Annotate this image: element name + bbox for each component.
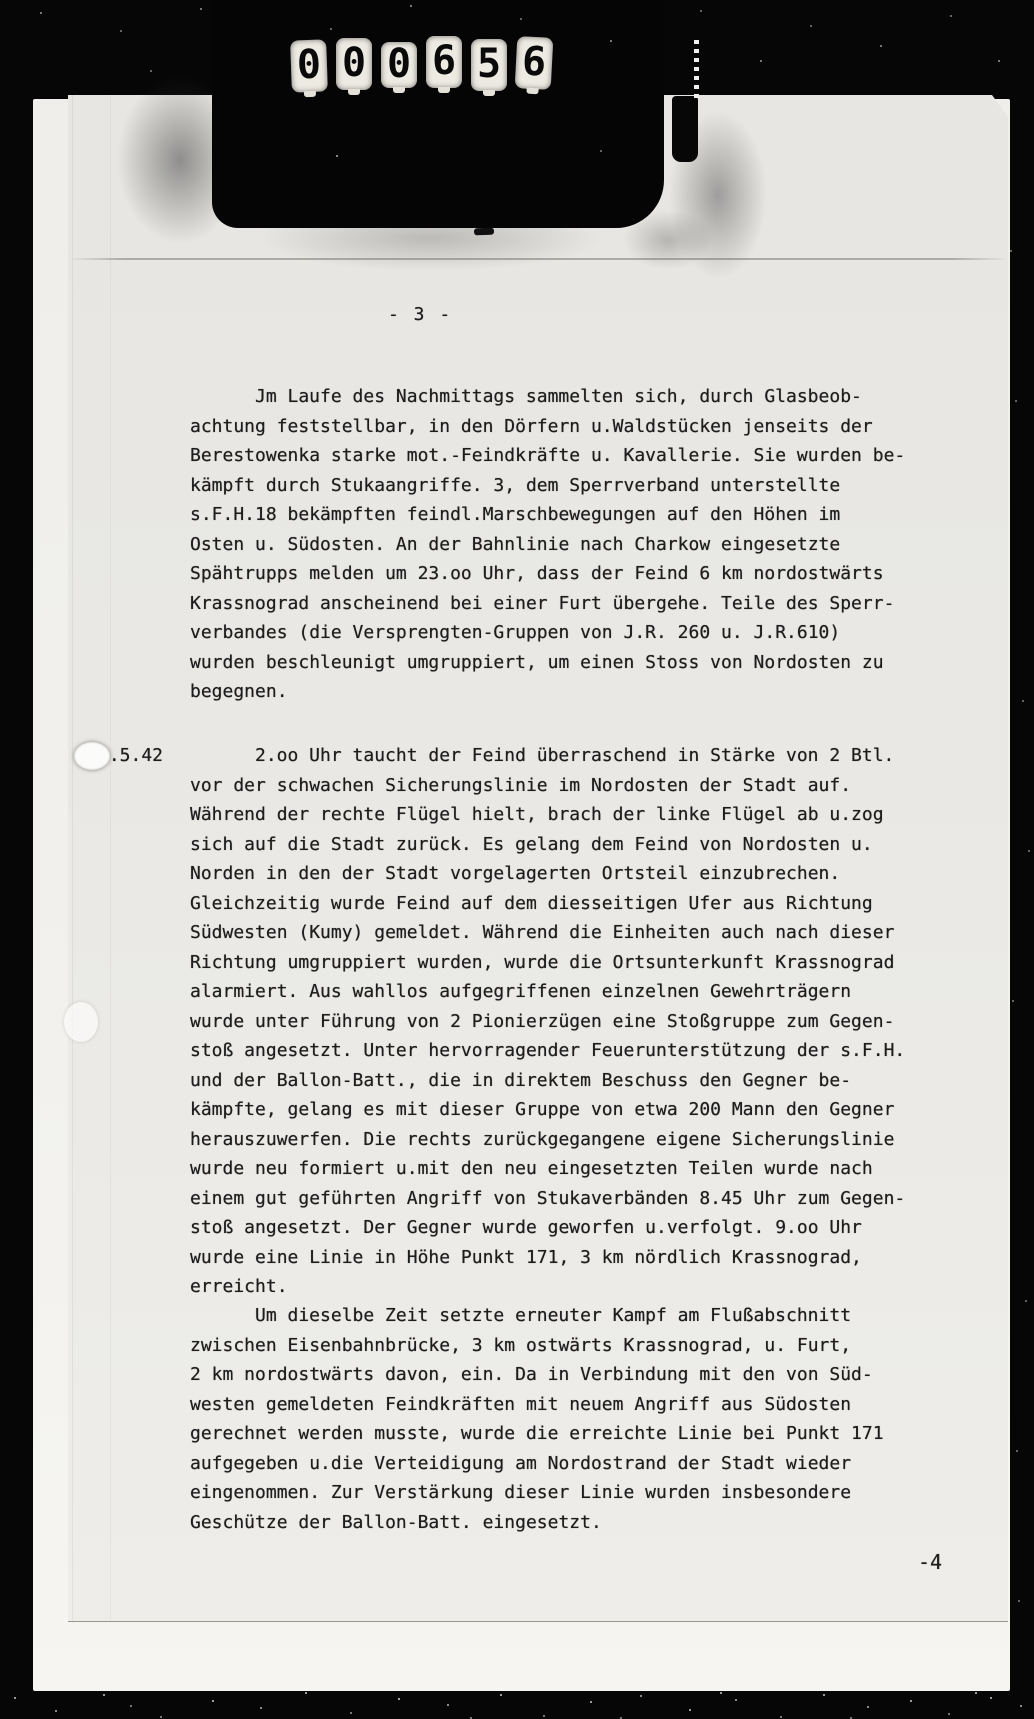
paragraph: 2.oo Uhr taucht der Feind überraschend i… — [190, 741, 950, 1302]
counter-digit: 0 — [336, 38, 372, 90]
counter-digit: 6 — [515, 36, 554, 90]
ink-dash — [474, 228, 494, 236]
film-noise — [0, 0, 2, 2]
sheet-edge-line — [110, 95, 111, 1621]
frame-counter: 0 0 0 6 5 6 — [291, 36, 552, 88]
scanned-document-page: 0 0 0 6 5 6 - 3 - 6.5.42 Jm Laufe des Na… — [0, 0, 1034, 1719]
crease-line — [68, 258, 1008, 260]
ink-blot-bar — [672, 96, 698, 162]
sheet-edge-line — [72, 95, 73, 1621]
counter-digit: 5 — [471, 39, 507, 91]
next-page-number: -4 — [918, 1548, 942, 1578]
punch-hole — [64, 1002, 98, 1042]
page-number: - 3 - — [388, 300, 452, 330]
punch-hole — [74, 742, 110, 770]
paragraph: Jm Laufe des Nachmittags sammelten sich,… — [190, 382, 950, 707]
counter-digit: 6 — [426, 36, 462, 88]
paragraph: Um dieselbe Zeit setzte erneuter Kampf a… — [190, 1301, 950, 1537]
ink-blot — [212, 0, 664, 228]
counter-digit: 0 — [381, 42, 417, 88]
counter-digit: 0 — [290, 39, 328, 92]
dotted-line-icon — [694, 40, 699, 102]
